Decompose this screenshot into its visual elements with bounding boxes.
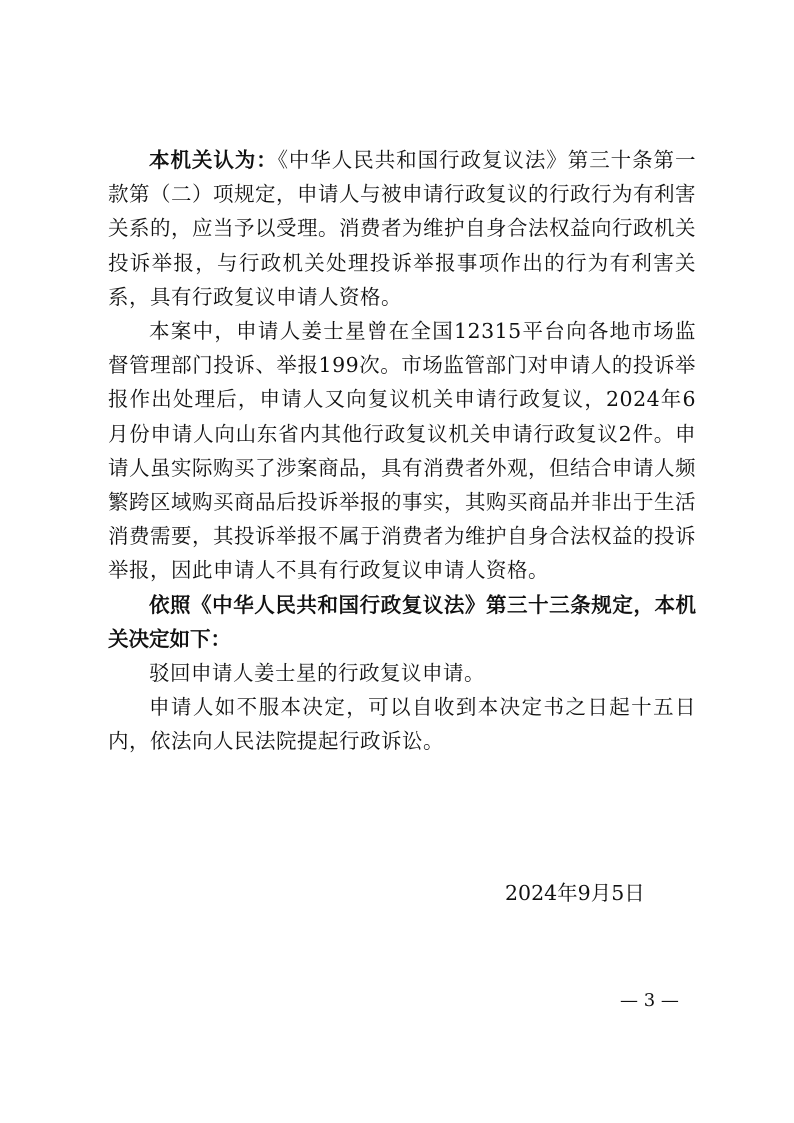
paragraph-decision-basis: 依照《中华人民共和国行政复议法》第三十三条规定，本机关决定如下：: [108, 588, 696, 656]
document-body: 本机关认为：《中华人民共和国行政复议法》第三十条第一款第（二）项规定，申请人与被…: [108, 143, 696, 759]
paragraph-decision: 驳回申请人姜士星的行政复议申请。: [108, 656, 696, 690]
paragraph-case-facts: 本案中，申请人姜士星曾在全国12315平台向各地市场监督管理部门投诉、举报199…: [108, 314, 696, 588]
opinion-text: 《中华人民共和国行政复议法》第三十条第一款第（二）项规定，申请人与被申请行政复议…: [108, 148, 696, 309]
paragraph-opinion: 本机关认为：《中华人民共和国行政复议法》第三十条第一款第（二）项规定，申请人与被…: [108, 143, 696, 314]
document-date: 2024年9月5日: [505, 878, 645, 908]
paragraph-appeal-notice: 申请人如不服本决定，可以自收到本决定书之日起十五日内，依法向人民法院提起行政诉讼…: [108, 690, 696, 758]
opinion-lead: 本机关认为：: [149, 148, 278, 172]
page-number: — 3 —: [620, 988, 679, 1014]
